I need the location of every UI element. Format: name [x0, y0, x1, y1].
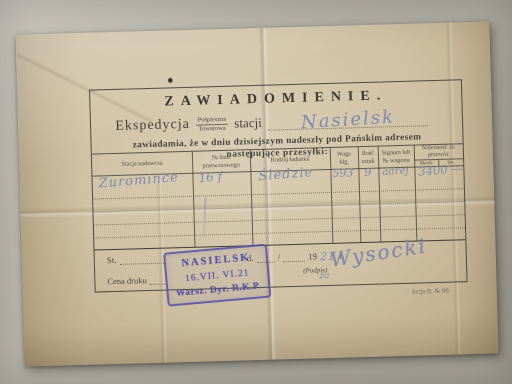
signature-prefix-handwritten: za: [319, 271, 329, 281]
year-printed: 19: [308, 251, 317, 261]
entry-signum: adrej: [382, 165, 409, 178]
ink-blot: [168, 77, 173, 83]
form-border: ZAWIADOMIENIE. Ekspedycja Pośpieszna Tow…: [89, 79, 468, 292]
photo-background: ZAWIADOMIENIE. Ekspedycja Pośpieszna Tow…: [0, 0, 512, 384]
stamp-directorate: Warsz. Dyr. R.K.P.: [168, 281, 268, 300]
column-nr-listu: № listu przewozowego: [192, 150, 254, 247]
document-paper: ZAWIADOMIENIE. Ekspedycja Pośpieszna Tow…: [15, 21, 498, 366]
station-name-line: Nasielsk: [267, 111, 427, 130]
column-naleznosc: Należność za przewóz Marek fen.: [414, 144, 466, 240]
station-name-handwritten: Nasielsk: [300, 110, 395, 130]
st-label: St.: [107, 255, 117, 265]
column-signum: Signum lub № wagonu: [378, 146, 418, 242]
service-type-stack: Pośpieszna Towarowa: [196, 115, 229, 133]
serja-note: Serja II. № 90.: [412, 288, 451, 296]
ekspedycja-label: Ekspedycja: [115, 117, 190, 135]
dotted-leader: [150, 275, 166, 285]
cena-druku-line: Cena druku: [107, 275, 166, 287]
header-naleznosc: Należność za przewóz: [414, 144, 463, 159]
entry-nr-listu: 16 f: [198, 169, 223, 185]
service-towarowa-label: Towarowa: [199, 124, 226, 133]
header-signum: Signum lub № wagonu: [378, 146, 415, 168]
dotted-leader: [119, 254, 163, 265]
shipment-table: Stacja nadawcza № listu przewozowego Rod…: [92, 143, 466, 250]
st-line: St.: [107, 254, 164, 266]
column-waga: Waga klg.: [330, 147, 362, 243]
stacji-label: stacji: [234, 115, 262, 132]
date-slash: /: [277, 252, 280, 262]
cena-druku-label: Cena druku: [107, 275, 147, 286]
entry-waga: 593: [332, 166, 353, 180]
dotted-leader: [283, 252, 305, 263]
entry-ilosc: 9: [364, 166, 371, 179]
station-rubber-stamp: NASIELSK 16.VII. VI.21 Warsz. Dyr. R.K.P…: [163, 244, 271, 307]
